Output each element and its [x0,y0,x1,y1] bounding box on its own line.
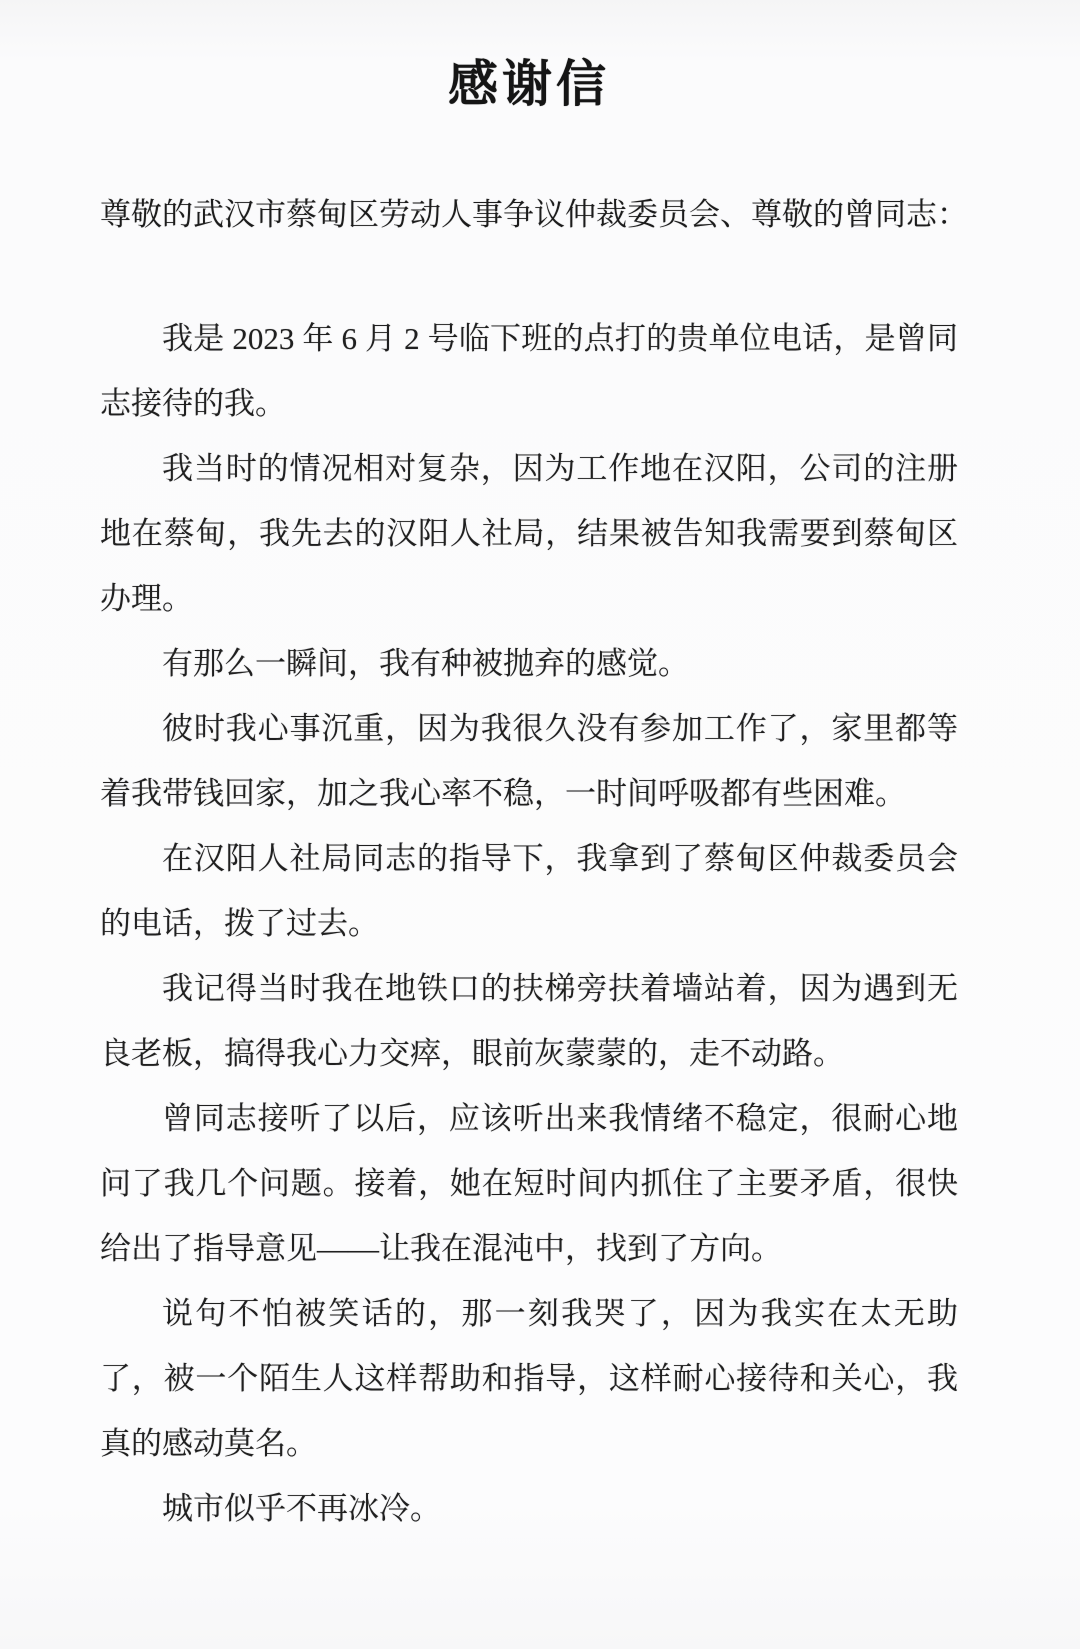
letter-paragraph: 在汉阳人社局同志的指导下，我拿到了蔡甸区仲裁委员会的电话，拨了过去。 [100,826,958,956]
letter-salutation: 尊敬的武汉市蔡甸区劳动人事争议仲裁委员会、尊敬的曾同志： [100,196,958,234]
letter-paragraph: 城市似乎不再冰冷。 [100,1476,958,1541]
letter-body: 我是 2023 年 6 月 2 号临下班的点打的贵单位电话，是曾同志接待的我。 … [100,306,958,1541]
letter-paragraph: 有那么一瞬间，我有种被抛弃的感觉。 [100,631,958,696]
letter-title: 感谢信 [100,48,958,114]
scanned-letter-page: 感谢信 尊敬的武汉市蔡甸区劳动人事争议仲裁委员会、尊敬的曾同志： 我是 2023… [0,0,1080,1649]
letter-paragraph: 我记得当时我在地铁口的扶梯旁扶着墙站着，因为遇到无良老板，搞得我心力交瘁，眼前灰… [100,956,958,1086]
letter-paragraph: 彼时我心事沉重，因为我很久没有参加工作了，家里都等着我带钱回家，加之我心率不稳，… [100,696,958,826]
letter-paragraph: 我当时的情况相对复杂，因为工作地在汉阳，公司的注册地在蔡甸，我先去的汉阳人社局，… [100,436,958,631]
letter-paragraph: 曾同志接听了以后，应该听出来我情绪不稳定，很耐心地问了我几个问题。接着，她在短时… [100,1086,958,1281]
letter-paragraph: 说句不怕被笑话的，那一刻我哭了，因为我实在太无助了，被一个陌生人这样帮助和指导，… [100,1281,958,1476]
letter-paragraph: 我是 2023 年 6 月 2 号临下班的点打的贵单位电话，是曾同志接待的我。 [100,306,958,436]
